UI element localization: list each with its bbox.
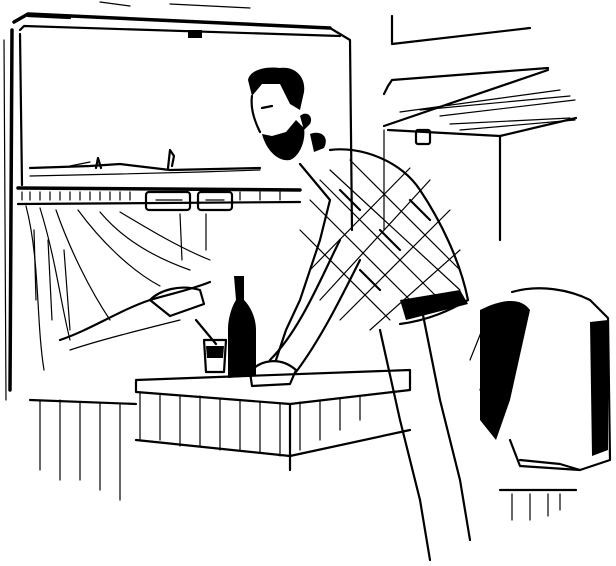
- train-compartment-illustration: [0, 0, 616, 566]
